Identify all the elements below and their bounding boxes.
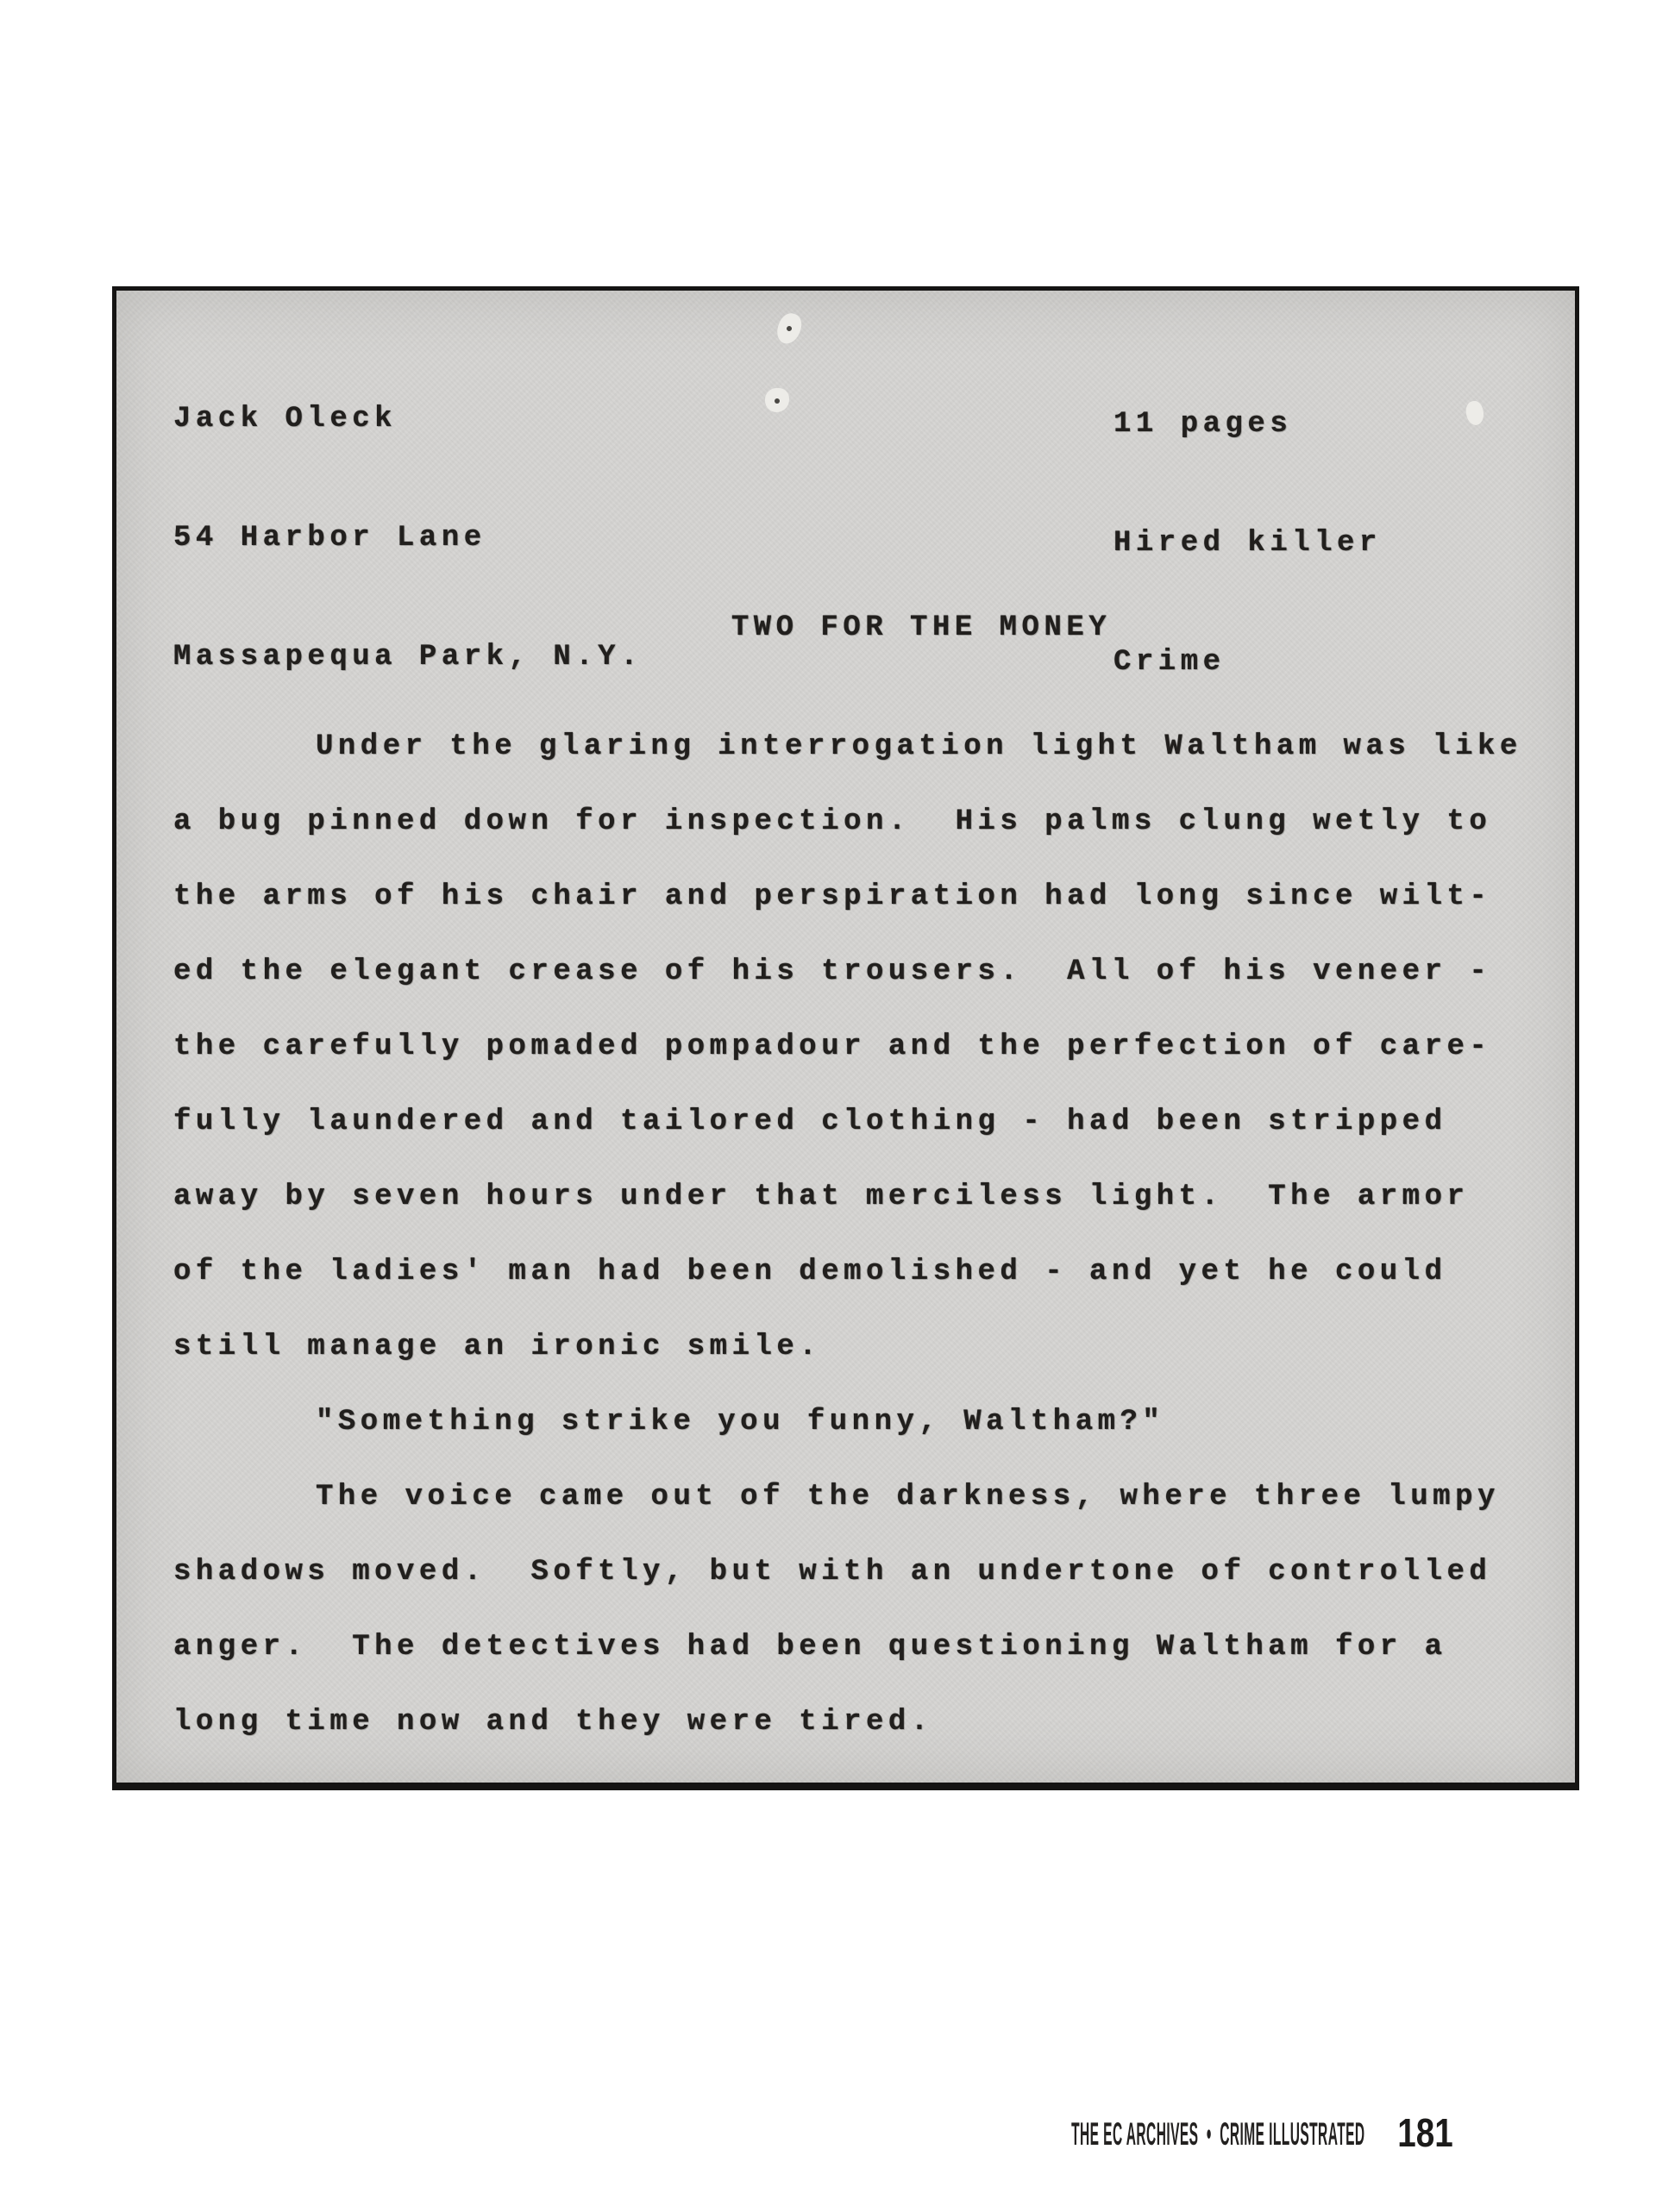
story-meta-block: 11 pages Hired killer Crime [1113, 325, 1382, 761]
manuscript-line: "Something strike you funny, Waltham?" [173, 1385, 1558, 1460]
author-address-block: Jack Oleck 54 Harbor Lane Massapequa Par… [173, 320, 643, 756]
manuscript-line: The voice came out of the darkness, wher… [173, 1460, 1558, 1535]
manuscript-line: anger. The detectives had been questioni… [173, 1610, 1558, 1685]
manuscript-line: of the ladies' man had been demolished -… [173, 1235, 1558, 1310]
manuscript-line: fully laundered and tailored clothing - … [173, 1085, 1558, 1160]
manuscript-line: Under the glaring interrogation light Wa… [173, 710, 1558, 785]
manuscript-line: the carefully pomaded pompadour and the … [173, 1010, 1558, 1085]
book-page: Jack Oleck 54 Harbor Lane Massapequa Par… [0, 0, 1656, 2212]
scan-blemish [774, 310, 805, 347]
manuscript-line: the arms of his chair and perspiration h… [173, 860, 1558, 935]
author-name: Jack Oleck [173, 399, 643, 439]
manuscript-line: long time now and they were tired. [173, 1685, 1558, 1760]
manuscript-body: Under the glaring interrogation light Wa… [173, 710, 1558, 1760]
manuscript-line: still manage an ironic smile. [173, 1310, 1558, 1385]
scan-blemish [765, 388, 789, 412]
manuscript-scan: Jack Oleck 54 Harbor Lane Massapequa Par… [112, 286, 1579, 1790]
footer-book-title: THE EC ARCHIVES • CRIME ILLUSTRATED [1072, 2116, 1365, 2152]
manuscript-line: ed the elegant crease of his trousers. A… [173, 935, 1558, 1010]
manuscript-line: a bug pinned down for inspection. His pa… [173, 785, 1558, 860]
author-street: 54 Harbor Lane [173, 518, 643, 558]
story-title: TWO FOR THE MONEY [267, 611, 1575, 644]
manuscript-line: shadows moved. Softly, but with an under… [173, 1535, 1558, 1610]
blemish-dot [787, 325, 793, 332]
blemish-dot [775, 398, 780, 404]
meta-page-count: 11 pages [1113, 404, 1382, 444]
manuscript-line: away by seven hours under that merciless… [173, 1160, 1558, 1235]
footer-page-number: 181 [1398, 2109, 1453, 2156]
meta-genre: Crime [1113, 642, 1382, 682]
scan-blemish [1464, 399, 1485, 427]
meta-subject: Hired killer [1113, 523, 1382, 563]
